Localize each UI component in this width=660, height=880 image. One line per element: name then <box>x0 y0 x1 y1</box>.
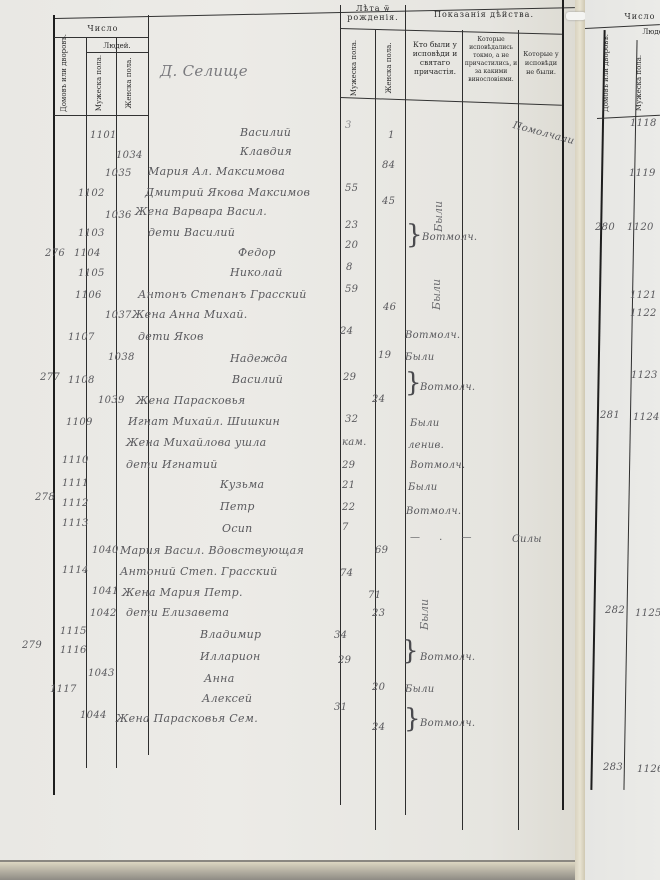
age-male: 31 <box>334 702 347 713</box>
person-name: дети Игнатий <box>126 458 218 471</box>
female-number: 1038 <box>108 352 135 363</box>
age-male: 29 <box>343 372 356 383</box>
male-number: 1112 <box>62 498 89 509</box>
age-male: 3 <box>345 120 352 131</box>
household-number: 277 <box>40 372 60 383</box>
household-number: 281 <box>600 410 620 421</box>
brace: } <box>402 638 419 664</box>
header-confessed-only: Которые исповѣдались токмо, а не причаст… <box>464 36 518 84</box>
person-name: Петр <box>220 500 255 513</box>
remark: Вотмолч. <box>422 232 477 243</box>
person-name: Антоний Степ. Грасский <box>120 565 278 578</box>
binding-thread <box>566 12 586 20</box>
vertical-remark: Были <box>430 279 443 310</box>
female-number: 1036 <box>105 210 132 221</box>
header-male: Мужеска пола. <box>95 54 104 112</box>
age-female: 19 <box>378 350 391 361</box>
person-name: Владимир <box>200 628 261 641</box>
header-number: Число <box>620 12 660 21</box>
male-number: 1116 <box>60 645 87 656</box>
village-heading: Д. Селище <box>160 62 248 80</box>
male-number: 1101 <box>90 130 117 141</box>
male-number: 1109 <box>66 417 93 428</box>
age-male: 20 <box>345 240 358 251</box>
female-number: 1043 <box>88 668 115 679</box>
male-number: 1126 <box>637 764 660 775</box>
age-female: 71 <box>368 590 381 601</box>
remark: Были <box>405 352 435 363</box>
household-number: 279 <box>22 640 42 651</box>
male-number: 1110 <box>62 455 89 466</box>
age-female: 69 <box>375 545 388 556</box>
person-name: Алексей <box>202 692 252 705</box>
male-number: 1118 <box>630 118 657 129</box>
header-people: Людей. <box>88 42 146 51</box>
male-number: 1120 <box>627 222 654 233</box>
person-name: Анна <box>204 672 235 685</box>
male-number: 1114 <box>62 565 89 576</box>
col-divider <box>375 30 376 830</box>
col-divider <box>148 15 149 755</box>
age-male: 74 <box>340 568 353 579</box>
person-name: Илларион <box>200 650 261 663</box>
register-page-right: Число Людей Домовъ или дворовъ. Мужеска … <box>585 0 660 880</box>
female-number: 1039 <box>98 395 125 406</box>
male-number: 1106 <box>75 290 102 301</box>
household-number: 280 <box>595 222 615 233</box>
remark: Вотмолч. <box>405 330 460 341</box>
header-number: Число <box>60 24 146 33</box>
header-households: Домовъ или дворовъ. <box>602 46 611 112</box>
person-name: Кузьма <box>220 478 264 491</box>
household-number: 276 <box>45 248 65 259</box>
table-border-left <box>53 15 55 795</box>
age-male: 22 <box>342 502 355 513</box>
age-male: 23 <box>345 220 358 231</box>
person-name: Жена Парасковья Сем. <box>116 712 258 725</box>
remark: Вотмолч. <box>410 460 465 471</box>
male-number: 1119 <box>629 168 656 179</box>
age-male: 29 <box>342 460 355 471</box>
col-divider <box>518 30 519 830</box>
person-name: Николай <box>230 266 283 279</box>
col-divider <box>462 30 463 830</box>
age-male: 55 <box>345 183 358 194</box>
col-divider <box>86 38 87 768</box>
age-female: 46 <box>383 302 396 313</box>
male-number: 1121 <box>630 290 657 301</box>
vertical-remark: Были <box>432 201 445 232</box>
household-number: 282 <box>605 605 625 616</box>
person-name: Федор <box>238 246 276 259</box>
male-number: 1105 <box>78 268 105 279</box>
female-number: 1040 <box>92 545 119 556</box>
female-number: 1042 <box>90 608 117 619</box>
male-number: 1122 <box>630 308 657 319</box>
remark: Вотмолч. <box>420 652 475 663</box>
remark: Вотмолч. <box>420 382 475 393</box>
person-name: Осип <box>222 522 253 535</box>
person-name: Клавдия <box>240 145 292 158</box>
brace: } <box>406 222 423 248</box>
person-name: Василий <box>232 373 283 386</box>
header-age-male: Мужеска пола. <box>350 38 359 98</box>
age-female: 45 <box>382 196 395 207</box>
person-name: Мария Васил. Вдовствующая <box>120 544 304 557</box>
remark: — . — <box>410 532 480 543</box>
person-name: Василий <box>240 126 291 139</box>
male-number: 1102 <box>78 188 105 199</box>
page-bottom-edge <box>0 862 575 880</box>
header-rule <box>54 115 148 116</box>
female-number: 1035 <box>105 168 132 179</box>
age-male: 34 <box>334 630 347 641</box>
header-rule <box>86 52 148 53</box>
age-female: 20 <box>372 682 385 693</box>
remark: Вотмолч. <box>406 506 461 517</box>
person-name: Жена Варвара Васил. <box>135 205 267 218</box>
header-age: Лѣта ѿ рожденія. <box>343 4 403 22</box>
female-number: 1034 <box>116 150 143 161</box>
male-number: 1113 <box>62 518 89 529</box>
page-edge <box>575 0 585 880</box>
age-male: кам. <box>342 437 367 448</box>
person-name: Жена Анна Михай. <box>132 308 248 321</box>
brace: } <box>404 706 421 732</box>
person-name: Жена Михайлова ушла <box>126 436 267 449</box>
male-number: 1103 <box>78 228 105 239</box>
header-male: Мужеска пола. <box>635 54 644 112</box>
household-number: 283 <box>603 762 623 773</box>
table-border-right <box>562 0 564 810</box>
age-female: 24 <box>372 394 385 405</box>
col-divider <box>340 5 341 805</box>
person-name: дети Яков <box>138 330 204 343</box>
age-male: 8 <box>346 262 353 273</box>
header-female: Женска пола. <box>125 54 134 112</box>
age-male: 32 <box>345 414 358 425</box>
remark: Были <box>410 418 440 429</box>
age-male: 29 <box>338 655 351 666</box>
person-name: Жена Парасковья <box>136 394 245 407</box>
person-name: дети Василий <box>148 226 235 239</box>
age-female: 84 <box>382 160 395 171</box>
female-number: 1044 <box>80 710 107 721</box>
person-name: Мария Ал. Максимова <box>148 165 285 178</box>
male-number: 1115 <box>60 626 87 637</box>
female-number: 1037 <box>105 310 132 321</box>
header-rule <box>340 97 562 106</box>
age-male: 7 <box>342 522 349 533</box>
header-households: Домовъ или дворовъ. <box>60 42 69 112</box>
female-number: 1041 <box>92 586 119 597</box>
person-name: Антонъ Степанъ Грасский <box>138 288 307 301</box>
vertical-remark: Были <box>418 599 431 630</box>
header-rule <box>340 28 562 35</box>
remark: ленив. <box>408 440 444 451</box>
male-number: 1125 <box>635 608 660 619</box>
male-number: 1107 <box>68 332 95 343</box>
age-female: 1 <box>388 130 395 141</box>
note: Силы <box>512 534 542 545</box>
male-number: 1104 <box>74 248 101 259</box>
header-rule <box>54 37 148 38</box>
person-name: Дмитрий Якова Максимов <box>145 186 310 199</box>
age-male: 21 <box>342 480 355 491</box>
remark: Были <box>405 684 435 695</box>
age-male: 59 <box>345 284 358 295</box>
header-people: Людей <box>640 28 660 37</box>
male-number: 1117 <box>50 684 77 695</box>
male-number: 1123 <box>631 370 658 381</box>
header-not-confessed: Которые у исповѣди не были. <box>520 50 562 77</box>
age-male: 24 <box>340 326 353 337</box>
person-name: Жена Мария Петр. <box>122 586 243 599</box>
remark: Были <box>408 482 438 493</box>
register-page-left: Число Людей. Домовъ или дворовъ. Мужеска… <box>0 0 575 860</box>
male-number: 1108 <box>68 375 95 386</box>
age-female: 24 <box>372 722 385 733</box>
person-name: дети Елизавета <box>126 606 229 619</box>
remark: Вотмолч. <box>420 718 475 729</box>
person-name: Игнат Михайл. Шишкин <box>128 415 280 428</box>
person-name: Надежда <box>230 352 288 365</box>
male-number: 1111 <box>62 478 89 489</box>
household-number: 278 <box>35 492 55 503</box>
male-number: 1124 <box>633 412 660 423</box>
header-age-female: Женска пола. <box>385 38 394 98</box>
header-confessed: Кто были у исповѣди и святаго причастія. <box>408 40 462 76</box>
age-female: 23 <box>372 608 385 619</box>
header-testimony: Показанія дѣйства. <box>408 10 560 19</box>
note: Помолчали <box>512 120 575 147</box>
